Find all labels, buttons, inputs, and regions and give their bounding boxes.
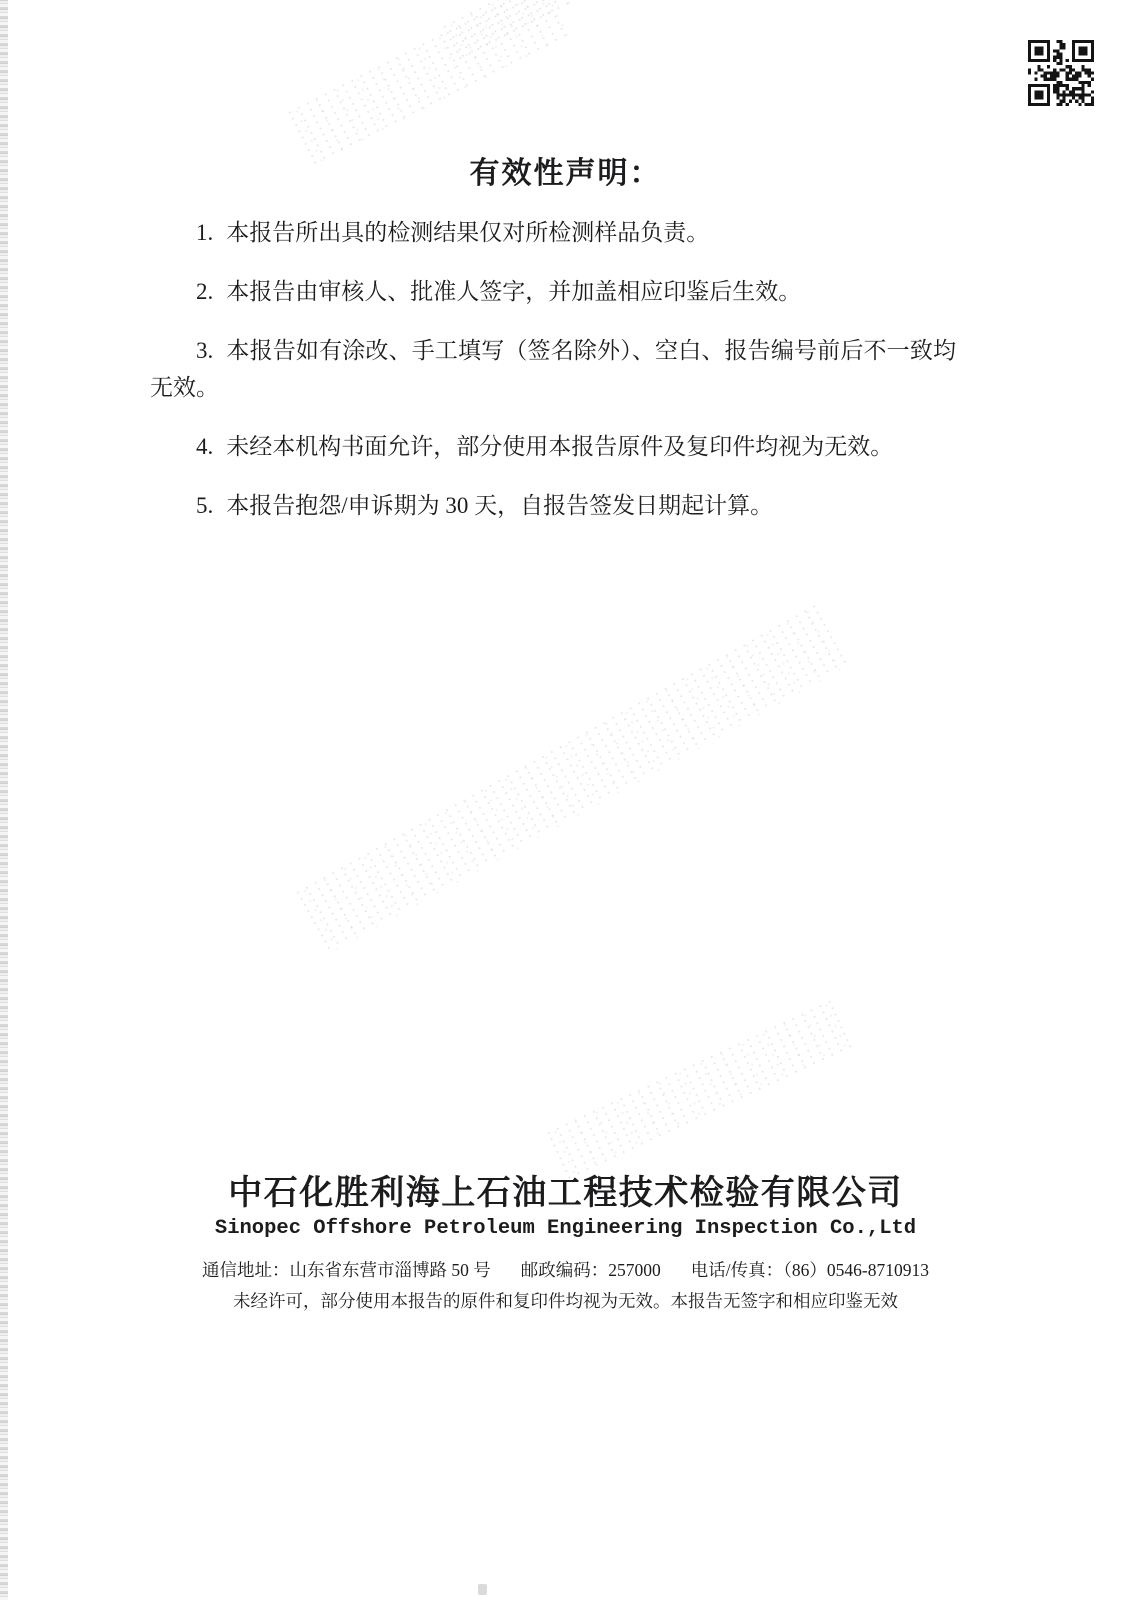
contact-phone: 电话/传真：（86）0546-8710913	[691, 1257, 929, 1282]
company-name-cn: 中石化胜利海上石油工程技术检验有限公司	[0, 1165, 1131, 1214]
contact-postcode: 邮政编码：257000	[521, 1257, 661, 1282]
qr-code-icon	[1028, 40, 1094, 106]
watermark-speckle	[439, 0, 582, 62]
footer: 中石化胜利海上石油工程技术检验有限公司 Sinopec Offshore Pet…	[0, 1165, 1131, 1313]
statement-item: 1.本报告所出具的检测结果仅对所检测样品负责。	[150, 214, 956, 251]
statement-item: 5.本报告抱怨/申诉期为 30 天，自报告签发日期起计算。	[150, 487, 956, 524]
statement-item-number: 4.	[196, 434, 213, 459]
watermark-speckle	[543, 998, 856, 1185]
document-page: 有效性声明： 1.本报告所出具的检测结果仅对所检测样品负责。 2.本报告由审核人…	[0, 0, 1131, 1600]
page-title: 有效性声明：	[0, 148, 1131, 192]
statement-item: 4.未经本机构书面允许，部分使用本报告原件及复印件均视为无效。	[150, 428, 956, 465]
scan-smudge-artifact	[478, 1584, 487, 1595]
watermark-speckle	[284, 0, 572, 167]
statement-item: 3.本报告如有涂改、手工填写（签名除外）、空白、报告编号前后不一致均无效。	[150, 332, 956, 406]
company-name-en: Sinopec Offshore Petroleum Engineering I…	[0, 1217, 1131, 1240]
statement-item-number: 1.	[196, 220, 213, 245]
scan-edge-artifact	[0, 0, 8, 1600]
contact-line: 通信地址：山东省东营市淄博路 50 号 邮政编码：257000 电话/传真：（8…	[0, 1257, 1131, 1282]
statement-item-text: 本报告如有涂改、手工填写（签名除外）、空白、报告编号前后不一致均无效。	[150, 338, 956, 400]
statement-item: 2.本报告由审核人、批准人签字，并加盖相应印鉴后生效。	[150, 273, 956, 310]
statement-item-text: 本报告由审核人、批准人签字，并加盖相应印鉴后生效。	[226, 279, 801, 304]
contact-address: 通信地址：山东省东营市淄博路 50 号	[202, 1257, 491, 1282]
footer-notice: 未经许可，部分使用本报告的原件和复印件均视为无效。本报告无签字和相应印鉴无效	[0, 1288, 1131, 1313]
statement-item-number: 2.	[196, 279, 213, 304]
statement-item-number: 3.	[196, 338, 213, 363]
qr-code-icon	[1028, 40, 1094, 106]
statement-list: 1.本报告所出具的检测结果仅对所检测样品负责。 2.本报告由审核人、批准人签字，…	[150, 214, 956, 546]
statement-item-number: 5.	[196, 493, 213, 518]
statement-item-text: 本报告抱怨/申诉期为 30 天，自报告签发日期起计算。	[226, 493, 773, 518]
statement-item-text: 本报告所出具的检测结果仅对所检测样品负责。	[226, 220, 709, 245]
statement-item-text: 未经本机构书面允许，部分使用本报告原件及复印件均视为无效。	[226, 434, 893, 459]
watermark-speckle	[292, 601, 852, 955]
